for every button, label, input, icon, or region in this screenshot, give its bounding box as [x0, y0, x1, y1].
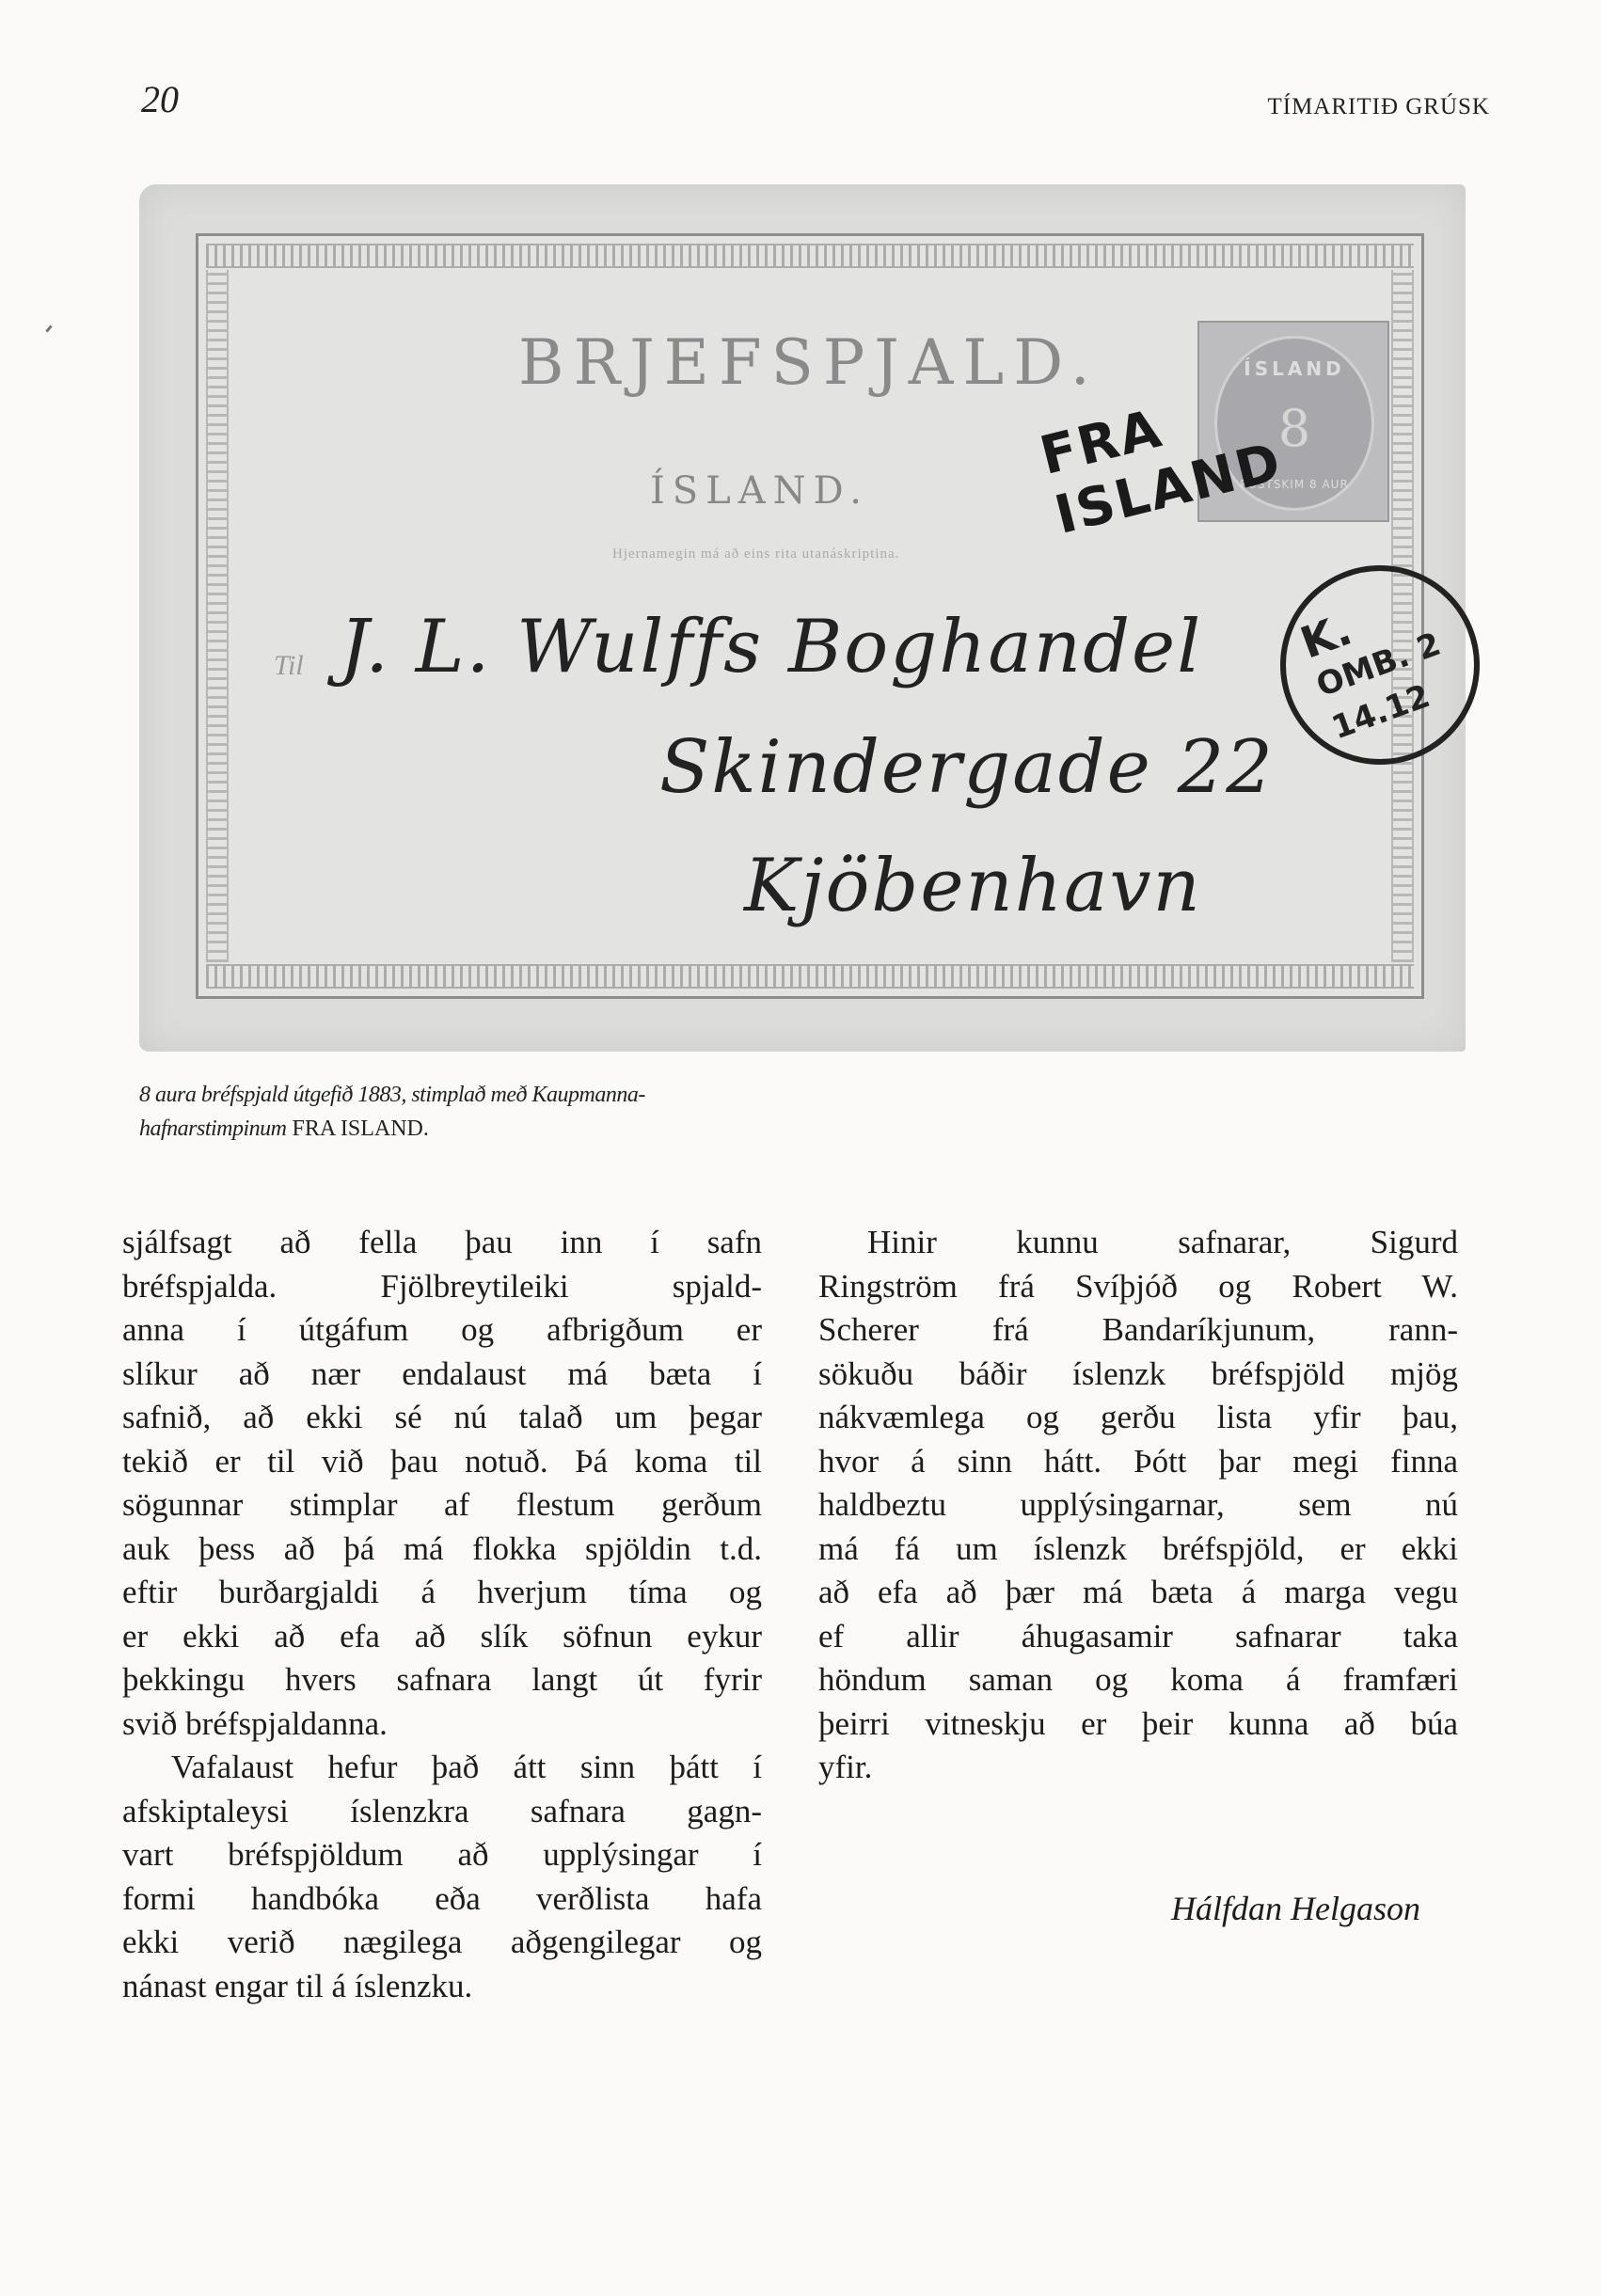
handwritten-city: Kjöbenhavn	[744, 844, 1202, 928]
text-line: er ekki að efa að slík söfnun eykur	[122, 1615, 762, 1659]
text-line: má fá um íslenzk bréfspjöld, er ekki	[818, 1528, 1458, 1572]
text-line: þekkingu hvers safnara langt út fyrir	[122, 1658, 762, 1702]
text-line: bréfspjalda. Fjölbreytileiki spjald-	[122, 1265, 762, 1309]
postcard: BRJEFSPJALD. ÍSLAND. Hjernamegin má að e…	[196, 233, 1424, 999]
page-number: 20	[141, 77, 179, 121]
text-line: nákvæmlega og gerðu lista yfir þau,	[818, 1396, 1458, 1440]
text-line: þeirri vitneskju er þeir kunna að búa	[818, 1702, 1458, 1747]
handwritten-addressee: J. L. Wulffs Boghandel	[340, 605, 1202, 689]
text-line: ekki verið nægilega aðgengilegar og	[122, 1921, 762, 1965]
text-line: eftir burðargjaldi á hverjum tíma og	[122, 1571, 762, 1615]
greek-key-border-top	[206, 244, 1414, 268]
text-line: ef allir áhugasamir safnarar taka	[818, 1615, 1458, 1659]
caption-line-2: hafnarstimpinum	[139, 1116, 287, 1141]
text-line: sögunnar stimplar af flestum gerðum	[122, 1483, 762, 1528]
running-head: TÍMARITIÐ GRÚSK	[1267, 94, 1490, 120]
text-line: auk þess að þá má flokka spjöldin t.d.	[122, 1528, 762, 1572]
text-line: Hinir kunnu safnarar, Sigurd	[818, 1221, 1458, 1265]
postmark-text: K. OMB. 2 14.12	[1295, 579, 1463, 751]
text-line: anna í útgáfum og afbrigðum er	[122, 1308, 762, 1353]
margin-mark	[45, 325, 52, 332]
text-line: formi handbóka eða verðlista hafa	[122, 1877, 762, 1922]
postcard-title: BRJEFSPJALD.	[518, 326, 1100, 399]
handwritten-street: Skindergade 22	[659, 725, 1275, 810]
author-signature: Hálfdan Helgason	[1171, 1889, 1420, 1928]
text-line: Ringström frá Svíþjóð og Robert W.	[818, 1265, 1458, 1309]
text-line: svið bréfspjaldanna.	[122, 1702, 762, 1747]
greek-key-border-left	[206, 270, 229, 962]
left-column: sjálfsagt að fella þau inn í safn bréfsp…	[122, 1221, 762, 2008]
text-line: safnið, að ekki sé nú talað um þegar	[122, 1396, 762, 1440]
til-label: Til	[274, 650, 304, 682]
text-line: nánast engar til á íslenzku.	[122, 1965, 762, 2009]
postmark-circle: K. OMB. 2 14.12	[1280, 565, 1480, 765]
greek-key-border-bottom	[206, 964, 1414, 989]
postcard-photo: BRJEFSPJALD. ÍSLAND. Hjernamegin má að e…	[139, 184, 1466, 1052]
right-column: Hinir kunnu safnarar, Sigurd Ringström f…	[818, 1221, 1458, 1790]
text-line: haldbeztu upplýsingarnar, sem nú	[818, 1483, 1458, 1528]
text-line: afskiptaleysi íslenzkra safnara gagn-	[122, 1790, 762, 1834]
text-line: sökuðu báðir íslenzk bréfspjöld mjög	[818, 1353, 1458, 1397]
text-line: hvor á sinn hátt. Þótt þar megi finna	[818, 1440, 1458, 1484]
figure-caption: 8 aura bréfspjald útgefið 1883, stimplað…	[139, 1078, 816, 1146]
postcard-country: ÍSLAND.	[650, 469, 869, 513]
text-line: að efa að þær má bæta á marga vegu	[818, 1571, 1458, 1615]
text-line: slíkur að nær endalaust má bæta í	[122, 1353, 762, 1397]
caption-caps: FRA ISLAND.	[293, 1116, 429, 1141]
text-line: sjálfsagt að fella þau inn í safn	[122, 1221, 762, 1265]
text-line: tekið er til við þau notuð. Þá koma til	[122, 1440, 762, 1484]
text-line: Vafalaust hefur það átt sinn þátt í	[122, 1746, 762, 1790]
postcard-instruction: Hjernamegin má að eins rita utanáskripti…	[612, 546, 899, 562]
text-line: yfir.	[818, 1746, 1458, 1790]
text-line: Scherer frá Bandaríkjunum, rann-	[818, 1308, 1458, 1353]
text-line: vart bréfspjöldum að upplýsingar í	[122, 1833, 762, 1877]
text-line: höndum saman og koma á framfæri	[818, 1658, 1458, 1702]
caption-line-1: 8 aura bréfspjald útgefið 1883, stimplað…	[139, 1083, 645, 1107]
